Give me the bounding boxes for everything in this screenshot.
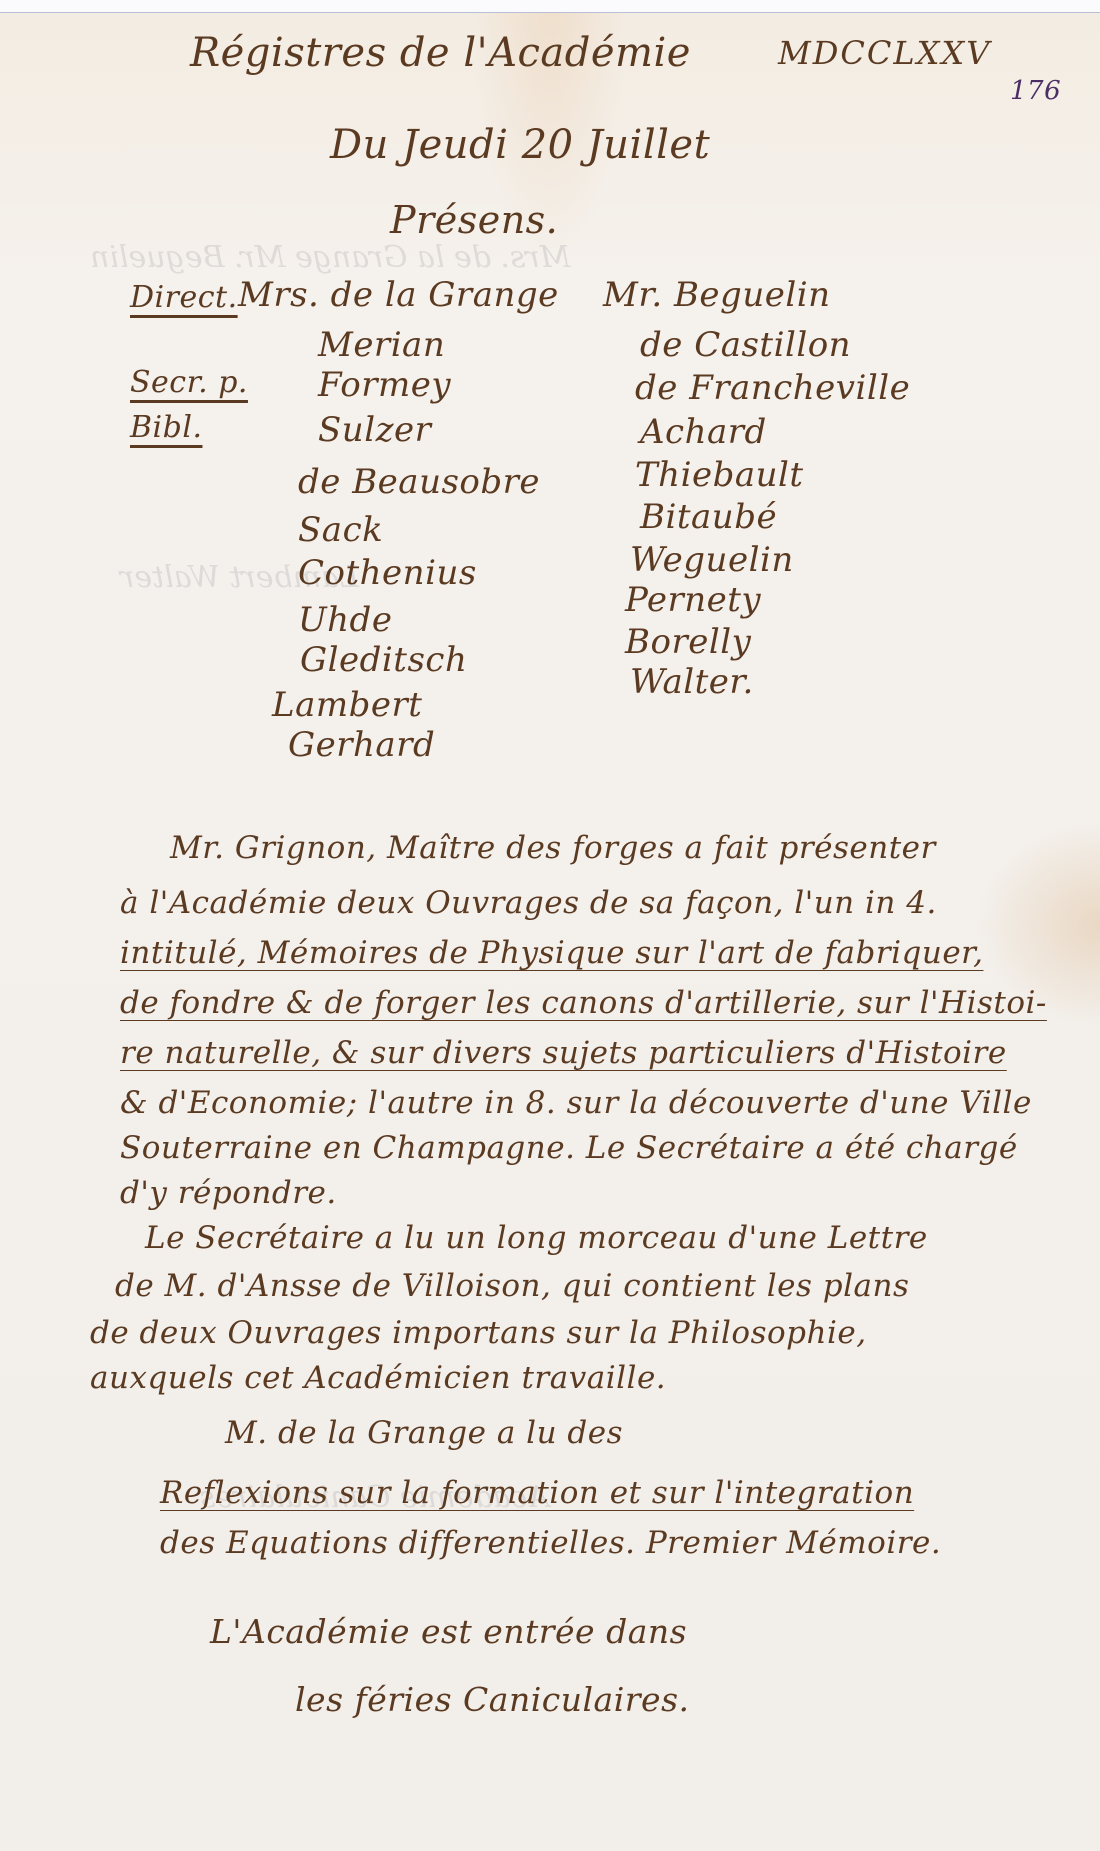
- text-line: intitulé, Mémoires de Physique sur l'art…: [120, 935, 983, 971]
- attendee: Weguelin: [630, 540, 794, 580]
- attendee: Bitaubé: [640, 497, 777, 537]
- attendee: Pernety: [625, 580, 761, 620]
- text-line: de deux Ouvrages importans sur la Philos…: [90, 1315, 867, 1351]
- attendee: Gerhard: [288, 725, 435, 765]
- text-line: L'Académie est entrée dans: [210, 1612, 687, 1651]
- text-line: Souterraine en Champagne. Le Secrétaire …: [120, 1130, 1018, 1166]
- attendee: Borelly: [625, 622, 751, 662]
- attendee: Gleditsch: [300, 640, 467, 680]
- attendee: Sack: [298, 510, 383, 550]
- session-date: Du Jeudi 20 Juillet: [330, 122, 710, 168]
- attendee: Sulzer: [318, 410, 431, 450]
- attendee: Achard: [640, 412, 767, 452]
- text-line: re naturelle, & sur divers sujets partic…: [120, 1035, 1007, 1071]
- attendee: Mrs. de la Grange: [238, 275, 559, 315]
- text-line: & d'Economie; l'autre in 8. sur la décou…: [120, 1085, 1032, 1121]
- page-top-edge: [0, 0, 1100, 13]
- year-roman: MDCCLXXV: [778, 34, 991, 72]
- role-director: Direct.: [130, 280, 238, 315]
- role-secretary: Secr. p.: [130, 365, 248, 400]
- attendee: Lambert: [272, 685, 422, 725]
- text-line: M. de la Grange a lu des: [225, 1415, 623, 1451]
- attendee: de Francheville: [635, 368, 910, 408]
- manuscript-page: Mrs. de la Grange Mr. Beguelin Lambert W…: [0, 0, 1100, 1851]
- attendee: Cothenius: [298, 553, 477, 593]
- attendee: Walter.: [630, 662, 754, 702]
- text-line: à l'Académie deux Ouvrages de sa façon, …: [120, 885, 937, 921]
- text-line: de fondre & de forger les canons d'artil…: [120, 985, 1047, 1021]
- attendee: Formey: [318, 365, 451, 405]
- present-label: Présens.: [390, 198, 558, 242]
- attendee: Thiebault: [635, 455, 804, 495]
- text-line: Reflexions sur la formation et sur l'int…: [160, 1475, 914, 1511]
- text-line: auxquels cet Académicien travaille.: [90, 1360, 666, 1396]
- text-line: les féries Caniculaires.: [295, 1680, 690, 1719]
- text-line: de M. d'Ansse de Villoison, qui contient…: [115, 1268, 909, 1304]
- text-line: Mr. Grignon, Maître des forges a fait pr…: [170, 830, 936, 866]
- attendee: de Beausobre: [298, 462, 540, 502]
- attendee: Mr. Beguelin: [603, 275, 830, 315]
- text-line: d'y répondre.: [120, 1175, 337, 1211]
- attendee: Merian: [318, 325, 445, 365]
- register-title: Régistres de l'Académie: [190, 30, 691, 76]
- folio-number: 176: [1010, 76, 1061, 106]
- attendee: de Castillon: [640, 325, 851, 365]
- bleed-through-text: Mrs. de la Grange Mr. Beguelin: [90, 240, 570, 275]
- text-line: Le Secrétaire a lu un long morceau d'une…: [145, 1220, 928, 1256]
- attendee: Uhde: [298, 600, 392, 640]
- text-line: des Equations differentielles. Premier M…: [160, 1525, 941, 1561]
- role-librarian: Bibl.: [130, 410, 202, 445]
